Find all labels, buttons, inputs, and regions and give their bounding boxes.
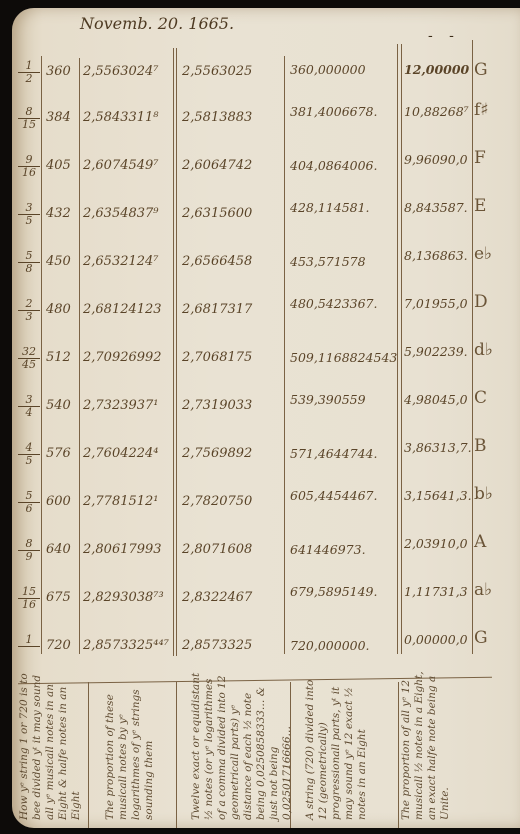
- note-letter: E: [474, 196, 486, 216]
- ratio-denominator: 6: [26, 502, 33, 515]
- tempered-length: 571,4644744.: [290, 446, 377, 461]
- ratio-fraction: 916: [18, 154, 40, 179]
- ratio-denominator: 5: [26, 214, 33, 227]
- tempered-length: 641446973.: [290, 542, 366, 557]
- logarithm-value: 2,6354837⁹: [83, 206, 159, 221]
- note-equidistant-semitones: Twelve exact or equidistant ½ notes (or …: [190, 670, 280, 820]
- tempered-length: 679,5895149.: [290, 584, 377, 599]
- ratio-denominator: 16: [22, 598, 36, 611]
- logarithm-value: 2,5843311⁸: [83, 110, 159, 125]
- string-length: 480: [46, 302, 71, 317]
- string-length: 384: [46, 110, 71, 125]
- tempered-length: 480,5423367.: [290, 296, 377, 311]
- difference-value: 3,15641,3.: [404, 488, 472, 503]
- note-string-division: How yᵉ string 1 or 720 is to bee divided…: [18, 670, 78, 820]
- ratio-fraction: 35: [18, 202, 40, 227]
- note-letter: G: [474, 628, 488, 648]
- ratio-fraction: 34: [18, 394, 40, 419]
- ratio-denominator: 3: [26, 310, 33, 323]
- logarithm-value: 2,7604224⁴: [83, 446, 159, 461]
- table-row: 584502,6532124⁷2,6566458453,5715788,1368…: [0, 248, 520, 288]
- table-row: 8153842,5843311⁸2,5813883381,4006678.10,…: [0, 104, 520, 144]
- ratio-fraction: 12: [18, 60, 40, 85]
- string-length: 405: [46, 158, 71, 173]
- note-letter: B: [474, 436, 487, 456]
- ratio-fraction: 1: [18, 634, 40, 647]
- logarithm-value: 2,68124123: [83, 302, 162, 317]
- note-letter: a♭: [474, 580, 492, 600]
- ratio-fraction: 815: [18, 106, 40, 131]
- notes-section: How yᵉ string 1 or 720 is to bee divided…: [0, 662, 520, 828]
- difference-value: 0,00000,0: [404, 632, 468, 647]
- table-row: 32455122,709269922,7068175509,1168824543…: [0, 344, 520, 384]
- string-length: 450: [46, 254, 71, 269]
- ratio-denominator: 5: [26, 454, 33, 467]
- table-row: 234802,681241232,6817317480,5423367.7,01…: [0, 296, 520, 336]
- table-row: 354322,6354837⁹2,6315600428,114581.8,843…: [0, 200, 520, 240]
- equal-temperament-log: 2,8322467: [182, 590, 252, 605]
- table-row: 896402,806179932,8071608641446973.2,0391…: [0, 536, 520, 576]
- ratio-denominator: 2: [26, 72, 33, 85]
- tempered-length: 453,571578: [290, 254, 366, 269]
- ratio-numerator: 1: [18, 634, 40, 647]
- note-semitone-proportion: The proportion of all yᵉ 12 musicall ½ n…: [400, 670, 470, 820]
- ratio-denominator: 9: [26, 550, 33, 563]
- logarithm-value: 2,8573325⁴⁴⁷: [83, 638, 169, 653]
- tempered-length: 539,390559: [290, 392, 366, 407]
- difference-value: 9,96090,0: [404, 152, 468, 167]
- ratio-denominator: 16: [22, 166, 36, 179]
- logarithm-value: 2,7323937¹: [83, 398, 159, 413]
- ratio-fraction: 58: [18, 250, 40, 275]
- table-row: 455762,7604224⁴2,7569892571,4644744.3,86…: [0, 440, 520, 480]
- table-row: 9164052,6074549⁷2,6064742404,0864006.9,9…: [0, 152, 520, 192]
- top-right-mark: - -: [428, 28, 460, 44]
- equal-temperament-log: 2,6064742: [182, 158, 252, 173]
- note-proportion-logs: The proportion of these musicall notes b…: [104, 670, 168, 820]
- difference-value: 8,843587.: [404, 200, 468, 215]
- ratio-fraction: 1516: [18, 586, 40, 611]
- difference-value: 10,88268⁷: [404, 104, 469, 119]
- tempered-length: 360,000000: [290, 62, 366, 77]
- logarithm-value: 2,5563024⁷: [83, 64, 159, 79]
- difference-value: 12,00000: [404, 62, 469, 77]
- tempered-length: 509,1168824543: [290, 350, 397, 365]
- tempered-length: 428,114581.: [290, 200, 370, 215]
- equal-temperament-log: 2,5563025: [182, 64, 252, 79]
- string-length: 720: [46, 638, 71, 653]
- note-letter: A: [474, 532, 486, 552]
- string-length: 512: [46, 350, 71, 365]
- note-letter: C: [474, 388, 487, 408]
- string-length: 540: [46, 398, 71, 413]
- ratio-fraction: 89: [18, 538, 40, 563]
- table-row: 15166752,8293038⁷³2,8322467679,5895149.1…: [0, 584, 520, 624]
- note-letter: d♭: [474, 340, 493, 360]
- equal-temperament-log: 2,5813883: [182, 110, 252, 125]
- tempered-length: 404,0864006.: [290, 158, 377, 173]
- difference-value: 1,11731,3: [404, 584, 468, 599]
- ratio-fraction: 45: [18, 442, 40, 467]
- note-letter: G: [474, 60, 488, 80]
- ratio-fraction: 23: [18, 298, 40, 323]
- note-letter: f♯: [474, 100, 489, 120]
- logarithm-value: 2,6532124⁷: [83, 254, 159, 269]
- table-row: 345402,7323937¹2,7319033539,3905594,9804…: [0, 392, 520, 432]
- table-row: 123602,5563024⁷2,5563025360,00000012,000…: [0, 58, 520, 98]
- difference-value: 5,902239.: [404, 344, 468, 359]
- ratio-denominator: 8: [26, 262, 33, 275]
- equal-temperament-log: 2,6817317: [182, 302, 252, 317]
- note-letter: b♭: [474, 484, 493, 504]
- logarithm-value: 2,6074549⁷: [83, 158, 159, 173]
- ratio-denominator: 4: [26, 406, 33, 419]
- note-geometric-parts: A string (720) divided into 12 (geometri…: [304, 670, 388, 820]
- string-length: 640: [46, 542, 71, 557]
- ratio-fraction: 3245: [18, 346, 40, 371]
- page-title: Novemb. 20. 1665.: [80, 14, 234, 33]
- ratio-denominator: 15: [22, 118, 36, 131]
- difference-value: 7,01955,0: [404, 296, 468, 311]
- logarithm-value: 2,70926992: [83, 350, 162, 365]
- string-length: 600: [46, 494, 71, 509]
- tempered-length: 381,4006678.: [290, 104, 377, 119]
- logarithm-value: 2,7781512¹: [83, 494, 159, 509]
- ratio-fraction: 56: [18, 490, 40, 515]
- difference-value: 3,86313,7.: [404, 440, 472, 455]
- note-letter: F: [474, 148, 486, 168]
- equal-temperament-log: 2,7068175: [182, 350, 252, 365]
- equal-temperament-log: 2,8071608: [182, 542, 252, 557]
- difference-value: 4,98045,0: [404, 392, 468, 407]
- equal-temperament-log: 2,6566458: [182, 254, 252, 269]
- table-row: 566002,7781512¹2,7820750605,4454467.3,15…: [0, 488, 520, 528]
- equal-temperament-log: 2,8573325: [182, 638, 252, 653]
- ratio-denominator: 45: [22, 358, 36, 371]
- string-length: 432: [46, 206, 71, 221]
- string-length: 360: [46, 64, 71, 79]
- string-length: 576: [46, 446, 71, 461]
- note-letter: e♭: [474, 244, 492, 264]
- string-length: 675: [46, 590, 71, 605]
- tempered-length: 720,000000.: [290, 638, 370, 653]
- difference-value: 8,136863.: [404, 248, 468, 263]
- equal-temperament-log: 2,7319033: [182, 398, 252, 413]
- equal-temperament-log: 2,6315600: [182, 206, 252, 221]
- tempered-length: 605,4454467.: [290, 488, 377, 503]
- difference-value: 2,03910,0: [404, 536, 468, 551]
- equal-temperament-log: 2,7569892: [182, 446, 252, 461]
- equal-temperament-log: 2,7820750: [182, 494, 252, 509]
- logarithm-value: 2,8293038⁷³: [83, 590, 164, 605]
- logarithm-value: 2,80617993: [83, 542, 162, 557]
- note-letter: D: [474, 292, 488, 312]
